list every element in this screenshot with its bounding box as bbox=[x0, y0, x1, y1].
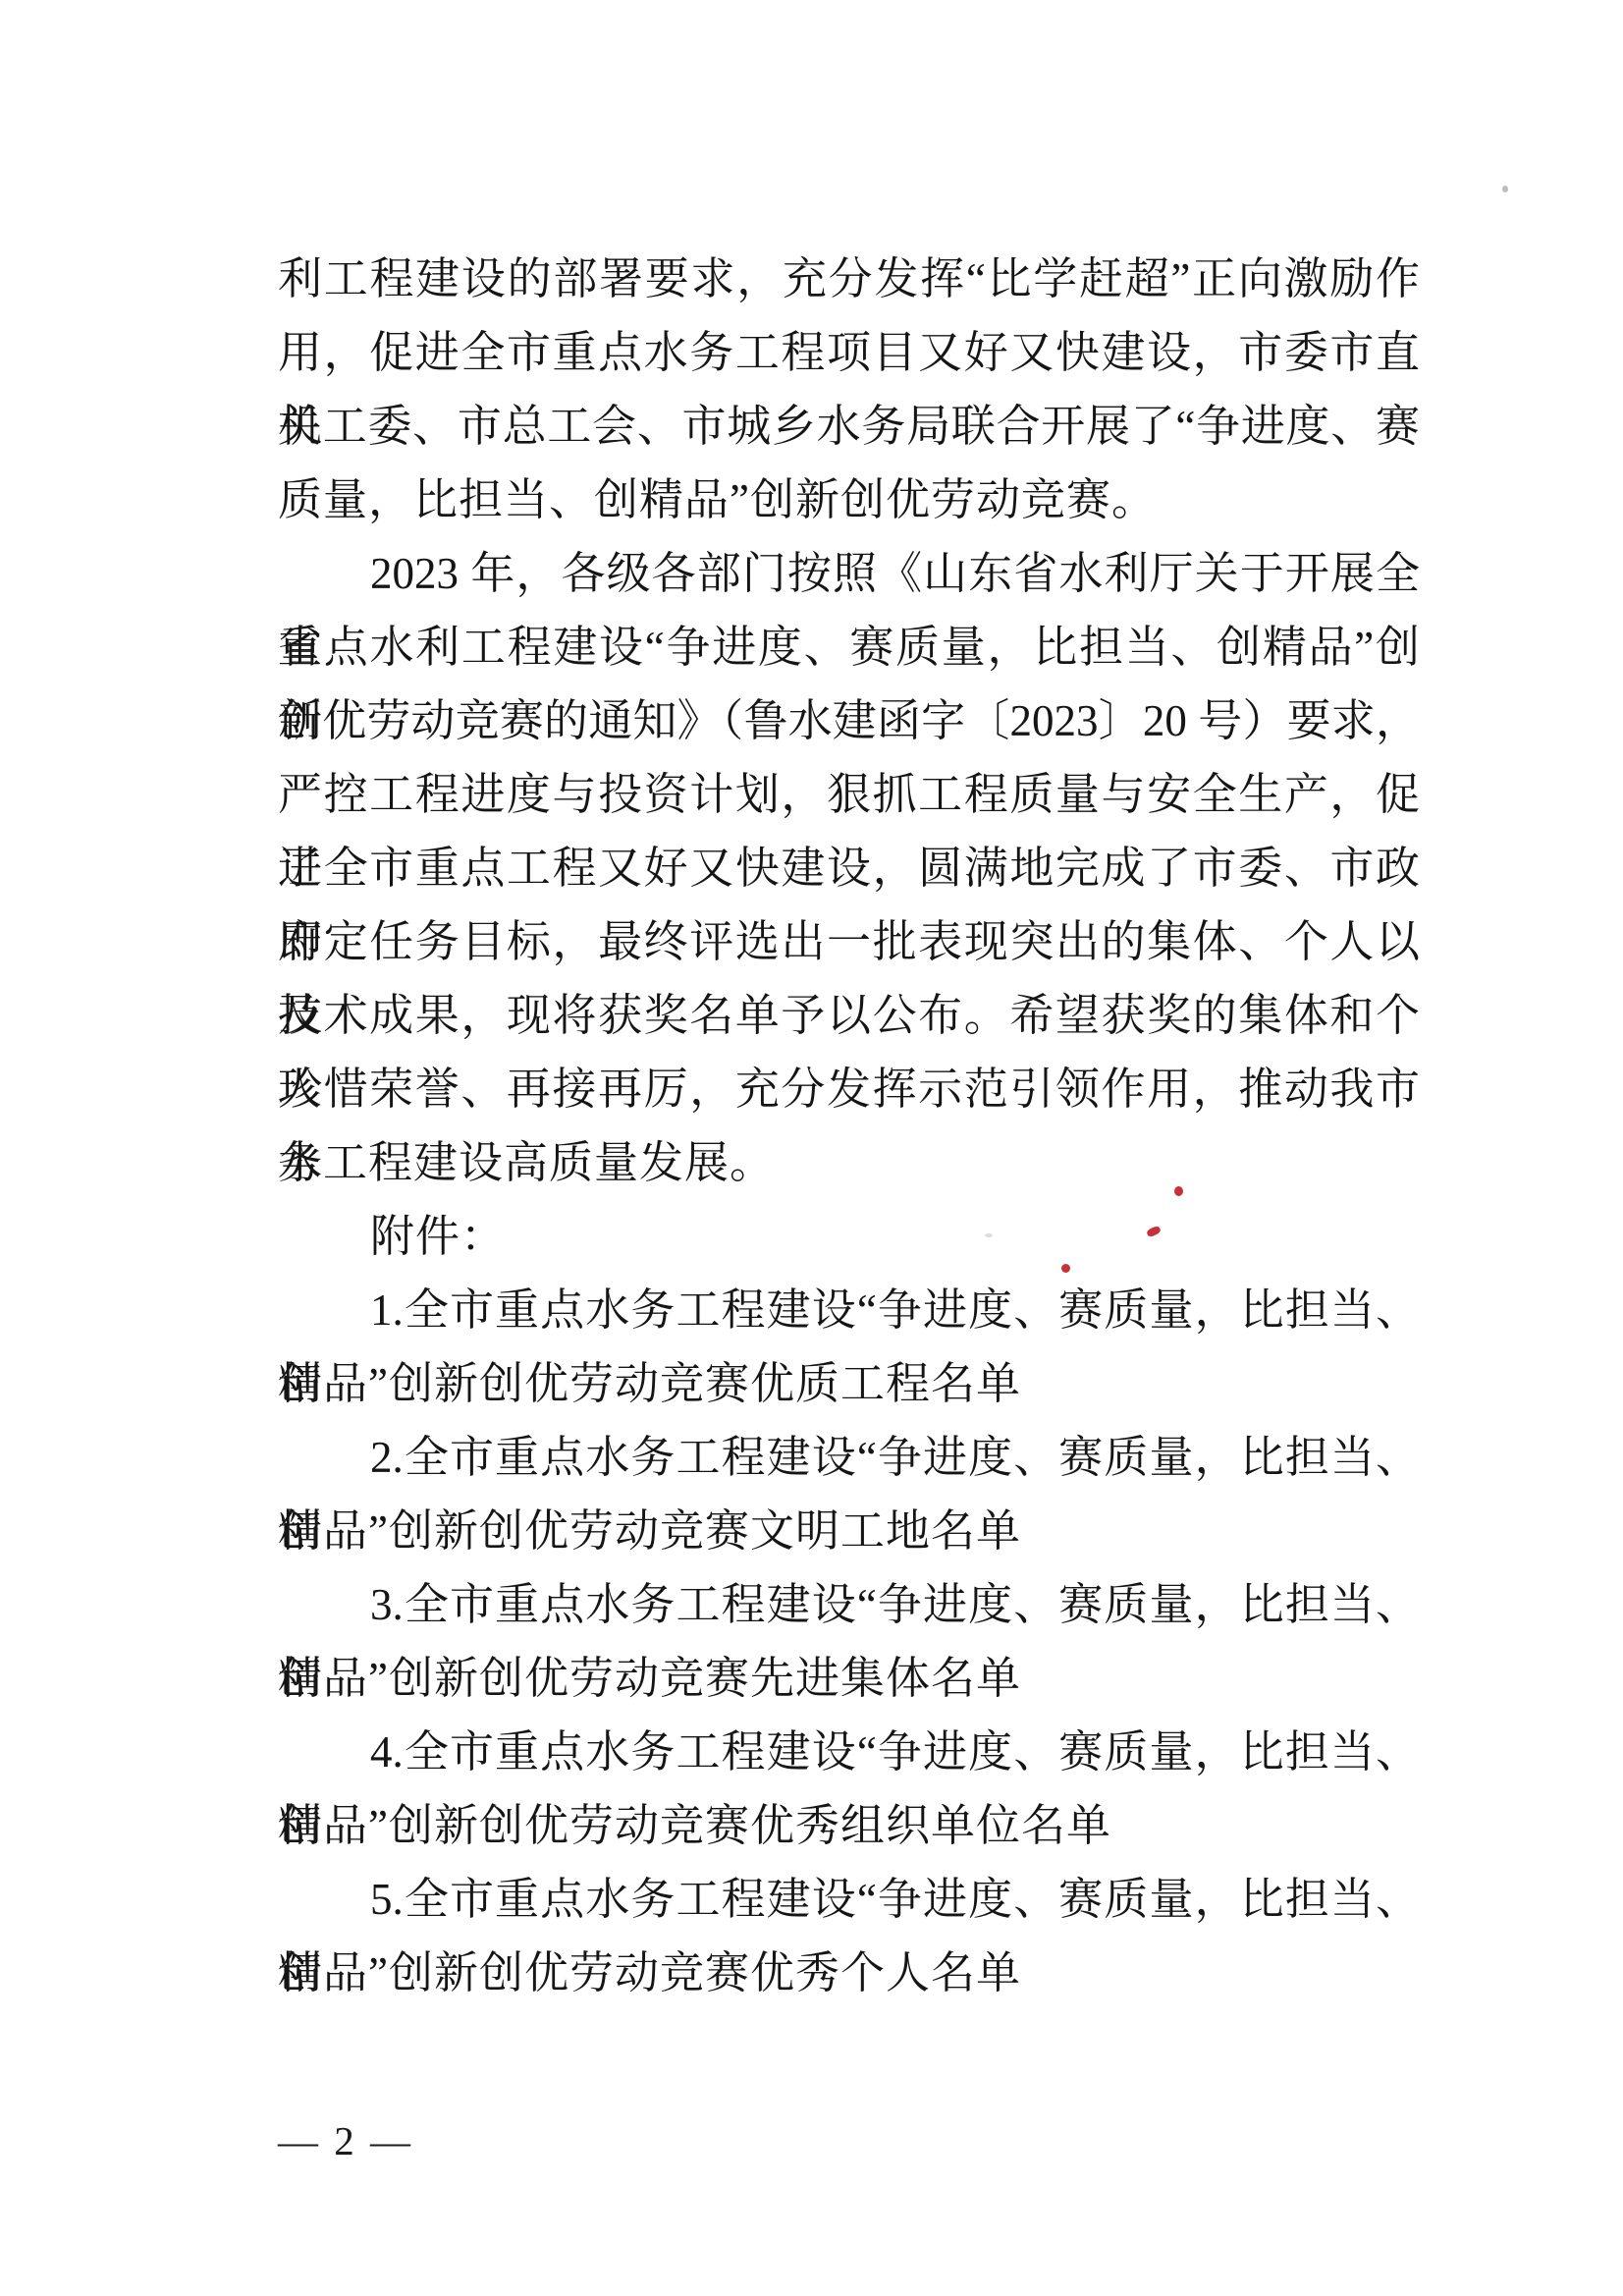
paragraph2-line5: 了全市重点工程又好又快建设，圆满地完成了市委、市政府 bbox=[278, 832, 1420, 905]
scan-speck bbox=[1061, 1264, 1070, 1273]
scan-speck bbox=[1502, 186, 1508, 192]
scan-speck bbox=[985, 1233, 993, 1237]
attachment-item-2-line-1: 2.全市重点水务工程建设“争进度、赛质量，比担当、创 bbox=[278, 1421, 1420, 1495]
attachment-item-3-line-1: 3.全市重点水务工程建设“争进度、赛质量，比担当、创 bbox=[278, 1568, 1420, 1642]
attachment-item-2-line-2: 精品”创新创优劳动竞赛文明工地名单 bbox=[278, 1495, 1420, 1568]
attachments-label: 附件： bbox=[278, 1200, 1420, 1274]
paragraph2-line7: 技术成果，现将获奖名单予以公布。希望获奖的集体和个人 bbox=[278, 979, 1420, 1053]
page-number: — 2 — bbox=[278, 2117, 413, 2164]
attachment-item-3-line-2: 精品”创新创优劳动竞赛先进集体名单 bbox=[278, 1642, 1420, 1716]
paragraph2-line6: 即定任务目标，最终评选出一批表现突出的集体、个人以及 bbox=[278, 905, 1420, 979]
scan-speck bbox=[1174, 1186, 1183, 1196]
attachment-item-5-line-1: 5.全市重点水务工程建设“争进度、赛质量，比担当、创 bbox=[278, 1863, 1420, 1937]
paragraph2-line9: 务工程建设高质量发展。 bbox=[278, 1126, 1420, 1200]
attachment-item-4-line-1: 4.全市重点水务工程建设“争进度、赛质量，比担当、创 bbox=[278, 1716, 1420, 1789]
paragraph2-line1: 2023 年，各级各部门按照《山东省水利厅关于开展全省 bbox=[278, 537, 1420, 611]
paragraph1-line1: 利工程建设的部署要求，充分发挥“比学赶超”正向激励作 bbox=[278, 243, 1420, 316]
paragraph2-line4: 严控工程进度与投资计划，狠抓工程质量与安全生产，促进 bbox=[278, 758, 1420, 832]
paragraph2-line8: 珍惜荣誉、再接再厉，充分发挥示范引领作用，推动我市水 bbox=[278, 1053, 1420, 1126]
attachment-item-1-line-1: 1.全市重点水务工程建设“争进度、赛质量，比担当、创 bbox=[278, 1274, 1420, 1347]
paragraph1-line4: 质量，比担当、创精品”创新创优劳动竞赛。 bbox=[278, 464, 1420, 537]
attachment-item-1-line-2: 精品”创新创优劳动竞赛优质工程名单 bbox=[278, 1347, 1420, 1421]
body-text: 利工程建设的部署要求，充分发挥“比学赶超”正向激励作 用，促进全市重点水务工程项… bbox=[278, 243, 1420, 2010]
paragraph2-line3: 创优劳动竞赛的通知》（鲁水建函字〔2023〕20 号）要求， bbox=[278, 684, 1420, 758]
paragraph1-line2: 用，促进全市重点水务工程项目又好又快建设，市委市直机 bbox=[278, 316, 1420, 390]
paragraph1-line3: 关工委、市总工会、市城乡水务局联合开展了“争进度、赛 bbox=[278, 390, 1420, 464]
document-page: 利工程建设的部署要求，充分发挥“比学赶超”正向激励作 用，促进全市重点水务工程项… bbox=[0, 0, 1623, 2296]
attachment-item-4-line-2: 精品”创新创优劳动竞赛优秀组织单位名单 bbox=[278, 1789, 1420, 1863]
attachment-item-5-line-2: 精品”创新创优劳动竞赛优秀个人名单 bbox=[278, 1937, 1420, 2010]
paragraph2-line2: 重点水利工程建设“争进度、赛质量，比担当、创精品”创新 bbox=[278, 611, 1420, 684]
